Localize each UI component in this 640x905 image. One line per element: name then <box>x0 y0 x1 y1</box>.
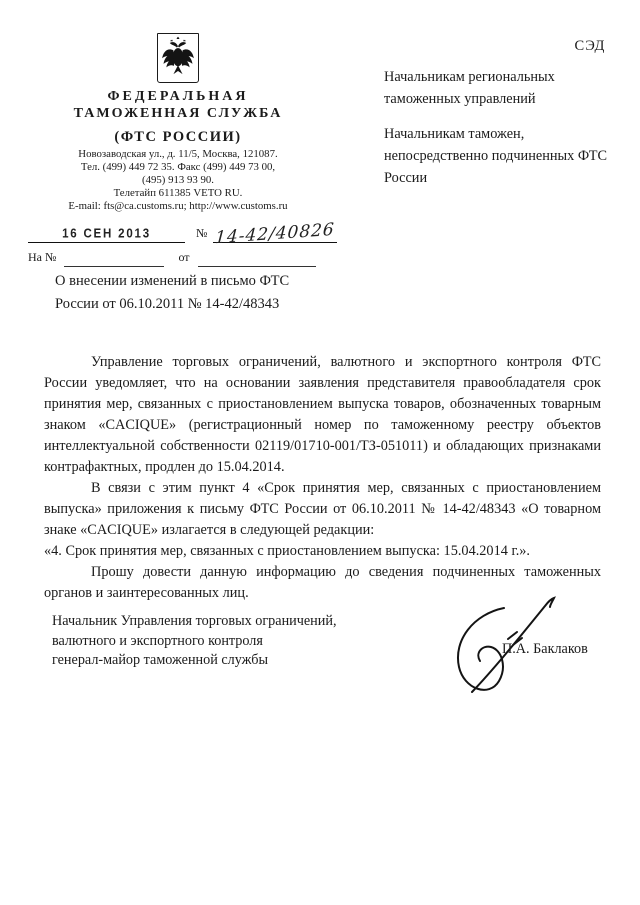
outgoing-number-line: 14-42/40826 <box>213 221 337 243</box>
reference-row-incoming: На № от <box>28 250 364 267</box>
subject-line2: России от 06.10.2011 № 14-42/48343 <box>55 293 375 316</box>
org-name: ФЕДЕРАЛЬНАЯ ТАМОЖЕННАЯ СЛУЖБА (ФТС РОССИ… <box>0 89 356 146</box>
body-paragraph-1: Управление торговых ограничений, валютно… <box>44 352 601 478</box>
org-name-line1: ФЕДЕРАЛЬНАЯ <box>0 89 356 105</box>
number-label: № <box>196 226 207 243</box>
body-paragraph-3: «4. Срок принятия мер, связанных с приос… <box>44 541 601 562</box>
from-label: от <box>178 250 189 267</box>
addressee-customs: Начальникам таможен, непосредственно под… <box>384 123 620 189</box>
address-line: Телетайп 611385 VETO RU. <box>0 187 356 200</box>
addressees: Начальникам региональных таможенных упра… <box>384 66 620 189</box>
scanned-letter-page: ФЕДЕРАЛЬНАЯ ТАМОЖЕННАЯ СЛУЖБА (ФТС РОССИ… <box>0 0 640 905</box>
address-line: E-mail: fts@ca.customs.ru; http://www.cu… <box>0 200 356 213</box>
body-paragraph-2: В связи с этим пункт 4 «Срок принятия ме… <box>44 478 601 541</box>
subject: О внесении изменений в письмо ФТС России… <box>55 270 375 316</box>
sed-mark: СЭД <box>558 38 622 55</box>
reference-block: 16 СЕН 2013 № 14-42/40826 На № от <box>28 221 364 267</box>
on-number-label: На № <box>28 250 56 267</box>
address-line: Новозаводская ул., д. 11/5, Москва, 1210… <box>0 148 356 161</box>
address-line: Тел. (499) 449 72 35. Факс (499) 449 73 … <box>0 161 356 174</box>
addressee-regional: Начальникам региональных таможенных упра… <box>384 66 620 110</box>
org-name-line2: ТАМОЖЕННАЯ СЛУЖБА <box>0 106 356 122</box>
double-headed-eagle-icon <box>161 34 195 83</box>
date-stamp: 16 СЕН 2013 <box>62 227 151 240</box>
letter-body: Управление торговых ограничений, валютно… <box>44 352 601 604</box>
signer-position: Начальник Управления торговых ограничени… <box>52 612 422 671</box>
reference-row-outgoing: 16 СЕН 2013 № 14-42/40826 <box>28 221 364 243</box>
incoming-date-blank <box>198 253 316 267</box>
emblem-box <box>157 33 199 83</box>
outgoing-number-handwritten: 14-42/40826 <box>215 220 336 249</box>
date-stamp-line: 16 СЕН 2013 <box>28 226 185 243</box>
signer-position-line3: генерал-майор таможенной службы <box>52 651 422 671</box>
org-name-line3: (ФТС РОССИИ) <box>0 129 356 146</box>
incoming-number-blank <box>64 253 164 267</box>
org-address-block: Новозаводская ул., д. 11/5, Москва, 1210… <box>0 148 356 213</box>
signer-position-line1: Начальник Управления торговых ограничени… <box>52 612 422 632</box>
signer-name: П.А. Баклаков <box>502 641 588 658</box>
subject-line1: О внесении изменений в письмо ФТС <box>55 270 375 293</box>
signer-position-line2: валютного и экспортного контроля <box>52 632 422 652</box>
address-line: (495) 913 93 90. <box>0 174 356 187</box>
